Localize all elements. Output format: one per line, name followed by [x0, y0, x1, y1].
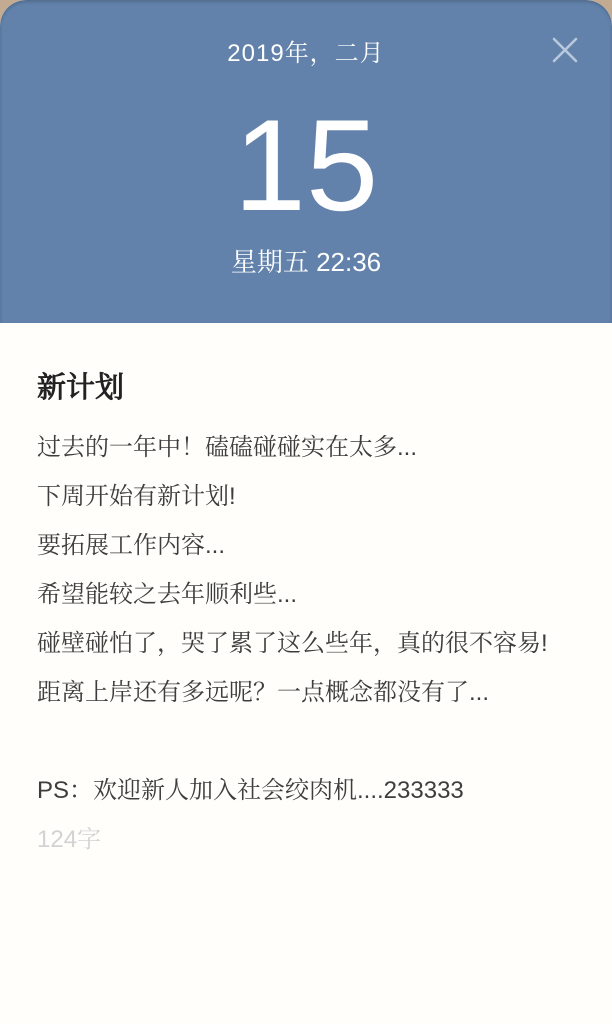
note-paragraph: 下周开始有新计划!: [37, 480, 575, 513]
close-icon: [545, 30, 585, 70]
word-count-label: 124字: [37, 823, 575, 856]
note-title: 新计划: [37, 371, 575, 405]
note-paragraph: 碰壁碰怕了，哭了累了这么些年，真的很不容易!: [37, 627, 575, 660]
note-card: 2019年，二月 15 星期五 22:36 新计划 过去的一年中！磕磕碰碰实在太…: [0, 0, 612, 1024]
note-paragraph-empty: [37, 725, 575, 758]
note-paragraph: 过去的一年中！磕磕碰碰实在太多...: [37, 431, 575, 464]
date-header: 2019年，二月 15 星期五 22:36: [0, 0, 612, 323]
note-paragraph-ps: PS：欢迎新人加入社会绞肉机....233333: [37, 774, 575, 807]
weekday-time-label: 星期五 22:36: [0, 248, 612, 276]
note-paragraph: 要拓展工作内容...: [37, 529, 575, 562]
day-number: 15: [0, 100, 612, 230]
close-button[interactable]: [543, 28, 587, 72]
note-paragraph: 希望能较之去年顺利些...: [37, 578, 575, 611]
note-content: 新计划 过去的一年中！磕磕碰碰实在太多... 下周开始有新计划! 要拓展工作内容…: [0, 323, 612, 856]
year-month-label: 2019年，二月: [0, 0, 612, 68]
note-body[interactable]: 过去的一年中！磕磕碰碰实在太多... 下周开始有新计划! 要拓展工作内容... …: [37, 431, 575, 807]
note-paragraph: 距离上岸还有多远呢？一点概念都没有了...: [37, 676, 575, 709]
